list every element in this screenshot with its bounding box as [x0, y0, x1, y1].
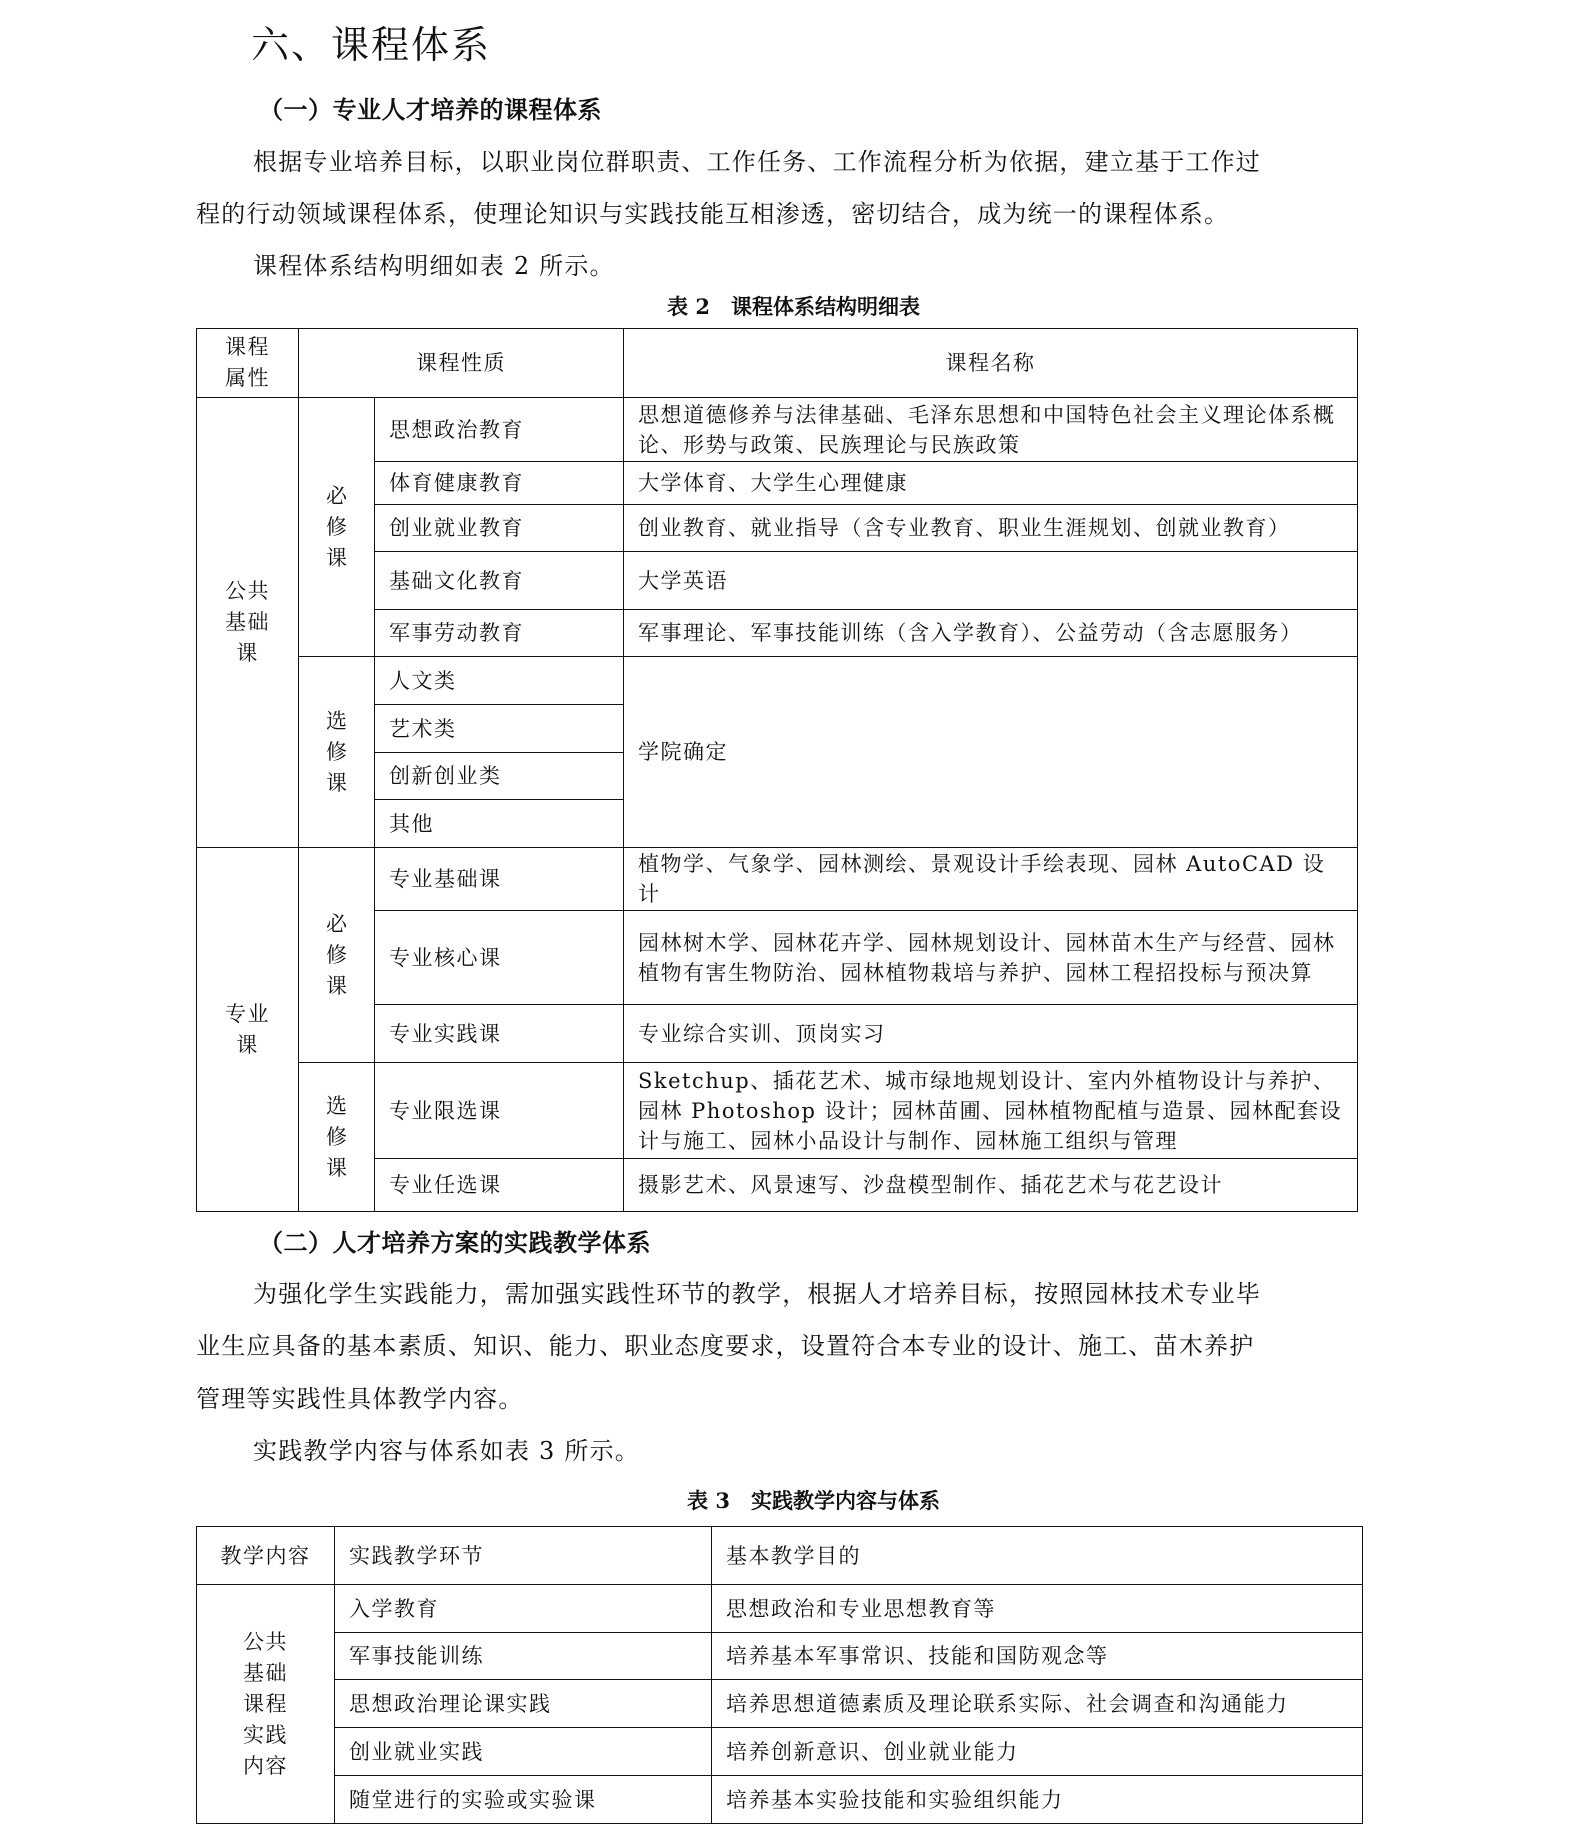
table-row: 选修课 人文类 学院确定: [197, 657, 1358, 705]
table-header-row: 课程属性 课程性质 课程名称: [197, 329, 1358, 398]
course-name: 大学英语: [624, 552, 1358, 610]
table-header-row: 教学内容 实践教学环节 基本教学目的: [197, 1527, 1363, 1585]
course-name: 学院确定: [624, 657, 1358, 848]
course-nature: 人文类: [375, 657, 624, 705]
subsection-title-2: （二）人才培养方案的实践教学体系: [259, 1223, 651, 1258]
practice-link: 随堂进行的实验或实验课: [335, 1776, 712, 1824]
practice-link: 创业就业实践: [335, 1728, 712, 1776]
group-professional: 专业课: [197, 848, 299, 1212]
practice-link: 入学教育: [335, 1585, 712, 1633]
header-course-attribute: 课程属性: [197, 329, 299, 398]
course-nature: 专业任选课: [375, 1159, 624, 1212]
paragraph-4: 实践教学内容与体系如表 3 所示。: [253, 1431, 640, 1466]
course-nature: 专业基础课: [375, 848, 624, 911]
course-name: 创业教育、就业指导（含专业教育、职业生涯规划、创就业教育）: [624, 505, 1358, 552]
header-course-name: 课程名称: [624, 329, 1358, 398]
course-nature: 体育健康教育: [375, 462, 624, 505]
table-row: 公共基础课 必修课 思想政治教育 思想道德修养与法律基础、毛泽东思想和中国特色社…: [197, 398, 1358, 462]
table-row: 随堂进行的实验或实验课 培养基本实验技能和实验组织能力: [197, 1776, 1363, 1824]
course-name: 思想道德修养与法律基础、毛泽东思想和中国特色社会主义理论体系概论、形势与政策、民…: [624, 398, 1358, 462]
header-course-nature: 课程性质: [299, 329, 624, 398]
header-practice-link: 实践教学环节: [335, 1527, 712, 1585]
type-elective: 选修课: [299, 1063, 375, 1212]
table-row: 选修课 专业限选课 Sketchup、插花艺术、城市绿地规划设计、室内外植物设计…: [197, 1063, 1358, 1159]
course-name: 大学体育、大学生心理健康: [624, 462, 1358, 505]
paragraph-3-line-1: 为强化学生实践能力，需加强实践性环节的教学，根据人才培养目标，按照园林技术专业毕: [253, 1274, 1261, 1309]
practice-teaching-table: 教学内容 实践教学环节 基本教学目的 公共基础课程实践内容 入学教育 思想政治和…: [196, 1526, 1363, 1824]
group-public-practice: 公共基础课程实践内容: [197, 1585, 335, 1824]
practice-link: 军事技能训练: [335, 1633, 712, 1680]
type-elective: 选修课: [299, 657, 375, 848]
table-row: 专业课 必修课 专业基础课 植物学、气象学、园林测绘、景观设计手绘表现、园林 A…: [197, 848, 1358, 911]
table-row: 创业就业实践 培养创新意识、创业就业能力: [197, 1728, 1363, 1776]
table-3-caption: 表 3 实践教学内容与体系: [0, 1485, 1587, 1515]
paragraph-1-line-2: 程的行动领域课程体系，使理论知识与实践技能互相渗透，密切结合，成为统一的课程体系…: [196, 194, 1229, 229]
course-name: 摄影艺术、风景速写、沙盘模型制作、插花艺术与花艺设计: [624, 1159, 1358, 1212]
course-nature: 创新创业类: [375, 753, 624, 800]
practice-goal: 培养创新意识、创业就业能力: [712, 1728, 1363, 1776]
practice-goal: 培养基本实验技能和实验组织能力: [712, 1776, 1363, 1824]
course-nature: 专业实践课: [375, 1005, 624, 1063]
course-name: 植物学、气象学、园林测绘、景观设计手绘表现、园林 AutoCAD 设计: [624, 848, 1358, 911]
table-row: 思想政治理论课实践 培养思想道德素质及理论联系实际、社会调查和沟通能力: [197, 1680, 1363, 1728]
course-nature: 思想政治教育: [375, 398, 624, 462]
group-public-basic: 公共基础课: [197, 398, 299, 848]
course-nature: 基础文化教育: [375, 552, 624, 610]
table-2-caption: 表 2 课程体系结构明细表: [0, 291, 1587, 321]
practice-link: 思想政治理论课实践: [335, 1680, 712, 1728]
course-structure-table: 课程属性 课程性质 课程名称 公共基础课 必修课 思想政治教育 思想道德修养与法…: [196, 328, 1358, 1212]
paragraph-1-line-1: 根据专业培养目标，以职业岗位群职责、工作任务、工作流程分析为依据，建立基于工作过: [253, 142, 1261, 177]
course-nature: 其他: [375, 800, 624, 848]
practice-goal: 培养思想道德素质及理论联系实际、社会调查和沟通能力: [712, 1680, 1363, 1728]
course-nature: 专业核心课: [375, 911, 624, 1005]
course-nature: 军事劳动教育: [375, 610, 624, 657]
type-required: 必修课: [299, 848, 375, 1063]
paragraph-3-line-3: 管理等实践性具体教学内容。: [196, 1379, 524, 1414]
table-row: 军事技能训练 培养基本军事常识、技能和国防观念等: [197, 1633, 1363, 1680]
course-name: 园林树木学、园林花卉学、园林规划设计、园林苗木生产与经营、园林植物有害生物防治、…: [624, 911, 1358, 1005]
subsection-title-1: （一）专业人才培养的课程体系: [259, 90, 602, 125]
header-basic-goal: 基本教学目的: [712, 1527, 1363, 1585]
course-nature: 艺术类: [375, 705, 624, 753]
course-name: Sketchup、插花艺术、城市绿地规划设计、室内外植物设计与养护、园林 Pho…: [624, 1063, 1358, 1159]
course-name: 军事理论、军事技能训练（含入学教育）、公益劳动（含志愿服务）: [624, 610, 1358, 657]
section-title: 六、课程体系: [251, 14, 491, 69]
header-teaching-content: 教学内容: [197, 1527, 335, 1585]
paragraph-3-line-2: 业生应具备的基本素质、知识、能力、职业态度要求，设置符合本专业的设计、施工、苗木…: [196, 1326, 1254, 1361]
type-required: 必修课: [299, 398, 375, 657]
course-nature: 专业限选课: [375, 1063, 624, 1159]
course-name: 专业综合实训、顶岗实习: [624, 1005, 1358, 1063]
practice-goal: 思想政治和专业思想教育等: [712, 1585, 1363, 1633]
paragraph-2: 课程体系结构明细如表 2 所示。: [253, 246, 615, 281]
course-nature: 创业就业教育: [375, 505, 624, 552]
practice-goal: 培养基本军事常识、技能和国防观念等: [712, 1633, 1363, 1680]
table-row: 公共基础课程实践内容 入学教育 思想政治和专业思想教育等: [197, 1585, 1363, 1633]
